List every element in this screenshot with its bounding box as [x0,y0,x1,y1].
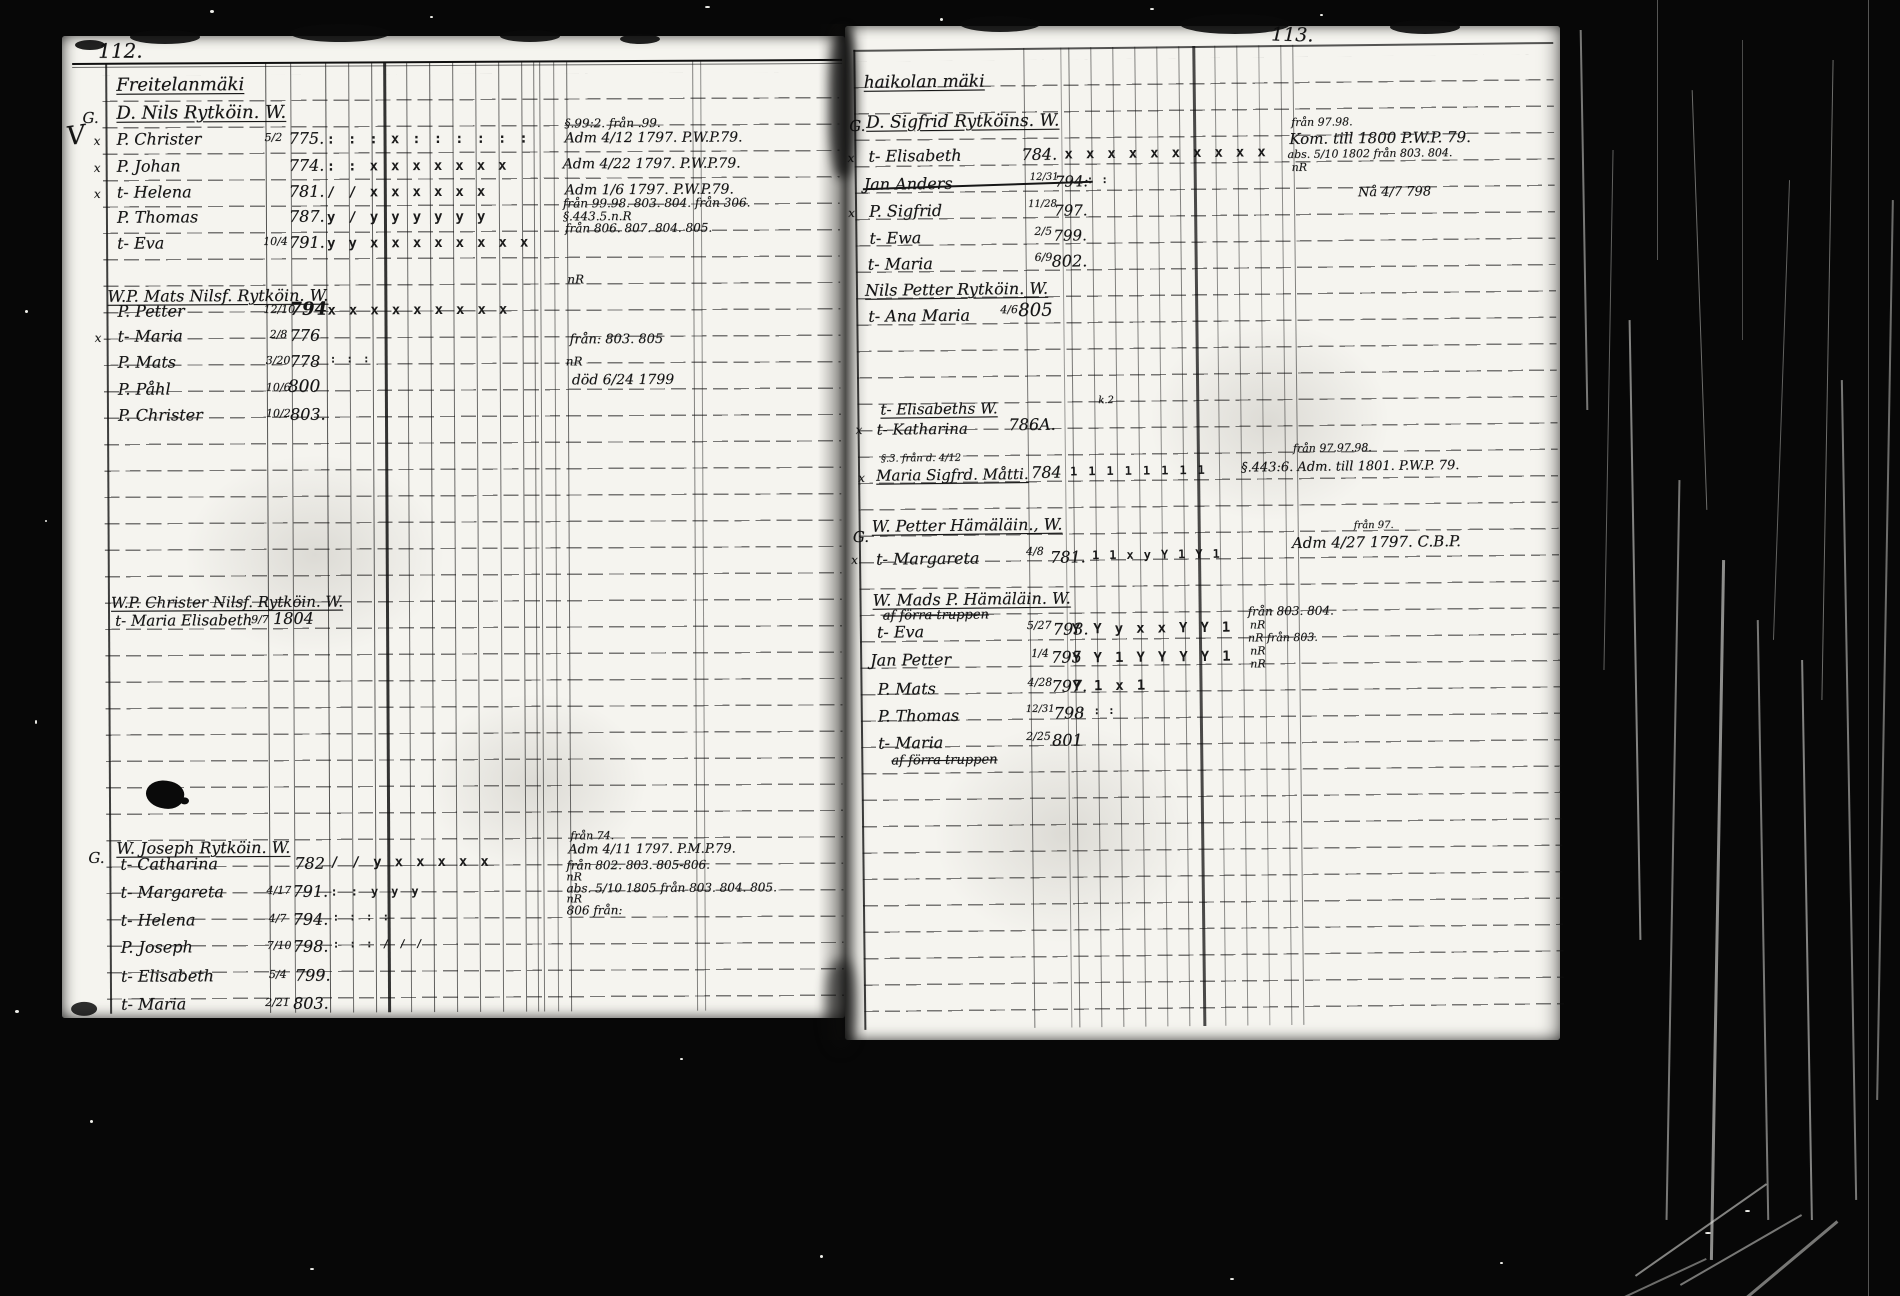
household-header: t- Elisabeths W. [880,400,997,418]
annotation: k.2 [1098,395,1114,406]
torn-edge-blob [130,30,200,44]
annotation: från 97.97.98. [1293,442,1372,455]
person-name: t- Elisabeth [121,967,214,985]
scratch-streak [1629,320,1642,940]
annotation: från 97. [1354,520,1394,531]
birth-year: 798. [293,938,329,956]
scratch-streak [1868,0,1869,1296]
attendance-ticks: 11xyY1Y1 [1092,547,1230,563]
birth-date: 3/20 [266,355,291,367]
person-name: t- Maria [878,734,943,752]
scratch-streak [1841,380,1857,1200]
birth-date: 4/7 [269,913,287,925]
birth-date: 10/2 [266,408,291,420]
edge-smudge [71,1002,97,1016]
fold-bottom-smudge [826,960,856,1050]
fold-top-smudge [830,28,856,178]
person-name: P. Sigfrid [869,202,942,220]
birth-year: 802. [1052,252,1088,270]
person-name: P. Joseph [121,938,193,956]
border-speck [1745,1210,1750,1212]
border-speck [430,16,433,18]
attendance-ticks: ::: [1079,704,1123,717]
attendance-ticks: yyxxxxxxxx [327,234,541,251]
person-name: t- Eva [117,234,164,252]
birth-date: 4/6 [1000,304,1018,316]
person-name: Jan Petter [870,651,951,670]
annotation: §.99:2. från .99. [564,117,660,131]
border-speck [940,18,943,21]
district-heading: haikolan mäki [864,72,985,92]
household-header: W. Petter Hämäläin., W. [872,516,1063,536]
district-heading: Freitelanmäki [116,75,244,95]
person-name: t- Ana Maria [868,307,970,326]
attendance-ticks: xxxxxxxxx [327,302,520,319]
scratch-streak [1745,1220,1839,1296]
person-name: t- Elisabeth [868,147,961,166]
border-speck [1320,14,1323,16]
birth-year: 786A. [1008,416,1055,434]
birth-year: 787. [289,208,325,226]
left-page-content: 112. Freitelanmäki G. V D. Nils Rytköin.… [62,32,850,1018]
birth-date: 2/5 [1034,226,1052,238]
table-top-border [853,42,1553,52]
margin-letter: G. [88,850,104,867]
border-speck [820,1255,823,1258]
birth-date: 2/21 [265,997,290,1009]
birth-date: 6/9 [1035,252,1053,264]
attendance-ticks: 11111111 [1070,463,1216,479]
scratch-streak [1801,660,1813,1220]
border-speck [15,1010,19,1013]
scratch-streak [1821,60,1833,700]
person-name: P. Thomas [117,208,198,226]
border-speck [1705,1232,1711,1234]
birth-year: 805 [1018,301,1053,321]
torn-edge-blob [75,40,105,50]
person-name: t- Maria Elisabeth [115,612,252,629]
border-speck [35,720,37,724]
birth-date: 1/4 [1031,648,1049,660]
annotation: 806 från: [567,904,623,917]
torn-edge-blob [1390,20,1460,34]
ink-blot-dot [180,797,189,804]
margin-mark: x [94,162,101,175]
birth-year: 784. [1021,146,1057,164]
annotation: abs. 5/10 1802 från 803. 804. [1287,147,1452,161]
scratch-streak [1603,150,1613,670]
person-name: P. Mats [877,680,935,698]
annotation: §.443:6. Adm. till 1801. P.W.P. 79. [1241,459,1460,476]
scratch-streak [1710,560,1725,1260]
annotation: abs. 5/10 1805 från 803. 804. 805. [566,881,776,895]
person-name: P. Christer [116,130,201,148]
border-speck [1150,8,1154,10]
margin-mark: x [94,188,101,201]
attendance-ticks: //xxxxxx [327,184,499,201]
annotation: död 6/24 1799 [572,373,674,389]
left-page: 112. Freitelanmäki G. V D. Nils Rytköin.… [62,36,845,1018]
scratch-streak [1666,480,1681,1220]
person-name: Jan Anders [864,175,953,194]
annotation: Nå 4/7 798 [1358,185,1431,200]
annotation: nR [1250,645,1266,657]
annotation: från 97.98. [1291,116,1353,129]
margin-letter: G. [82,110,98,127]
border-speck [1230,1278,1234,1280]
page-number: 112. [98,40,143,62]
annotation: Adm 4/22 1797. P.W.P.79. [563,156,741,172]
torn-edge-blob [620,34,660,44]
birth-year: 794. [293,911,329,929]
birth-year: 781. [289,183,325,201]
birth-date: 2/8 [270,329,288,341]
torn-edge-blob [960,16,1040,32]
household-header: D. Sigfrid Rytköins. W. [866,112,1059,133]
birth-year: 791. [292,883,328,901]
scratch-streak [1773,180,1790,640]
attendance-ticks: //yxxxxx [330,854,502,871]
person-name: t- Helena [121,911,196,929]
right-page: 113. haikolan mäki G. D. Sigfrid Rytköin… [845,26,1560,1040]
household-subheader: Nils Petter Rytköin. W. [865,280,1048,300]
margin-mark: x [94,135,101,148]
person-name: P. Christer [118,406,203,424]
birth-year: 803. [293,995,329,1013]
birth-year: 775. [288,130,324,148]
birth-year: 794 [289,300,327,320]
attendance-ticks: :::x:::::: [327,130,541,147]
person-name: P. Petter [117,302,184,320]
scratch-streak [1635,1183,1767,1276]
annotation: från 74. [570,830,614,842]
birth-date: 5/2 [265,132,283,144]
struck-note: af förra truppen [891,753,997,769]
birth-date: 2/25 [1026,731,1051,743]
birth-year: 782 [294,855,325,873]
person-name: t- Maria [121,995,186,1013]
person-name: P. Johan [117,157,181,175]
scratch-streak [1742,40,1743,340]
annotation: Adm 4/27 1797. C.B.P. [1292,533,1461,551]
person-name: t- Helena [117,183,192,201]
annotation: från 803. 804. [1248,604,1334,618]
person-name: t- Catharina [120,855,218,873]
annotation: från 806. 807. 804. 805. [565,222,712,236]
annotation: Adm 4/12 1797. P.W.P.79. [565,130,743,146]
person-name: Maria Sigfrd. Måtti. [876,466,1029,484]
birth-year: 778 [290,353,321,371]
annotation: nR [567,273,584,286]
birth-year: 774. [289,157,325,175]
annotation: nR [1250,619,1266,631]
scratch-streak [1680,1214,1802,1286]
attendance-ticks: :::/// [333,937,433,951]
attendance-ticks: Y1x1 [1072,677,1158,694]
annotation: från: 803. 805 [570,333,664,348]
birth-year: 776 [290,327,321,345]
birth-year: 781. [1050,548,1086,566]
person-name: t- Eva [877,623,924,641]
person-name: t- Ewa [869,229,921,247]
annotation: nR från 803. [1248,632,1318,645]
border-speck [25,310,28,313]
border-speck [680,1058,683,1060]
marginal-note: §.3. från d. 4/12 [881,453,961,465]
border-speck [1500,1262,1503,1264]
person-name: t- Maria [118,327,183,345]
household-header: D. Nils Rytköin. W. [116,103,286,124]
person-name: t- Margareta [876,550,980,569]
birth-date: 11/28 [1028,199,1057,210]
person-name: P. Thomas [878,707,959,726]
border-speck [210,10,214,13]
scratch-streak [1757,620,1769,1220]
attendance-ticks: xxxxxxxxxx [1064,144,1278,162]
scanned-parish-register-spread: { "left_page": { "page_number": "112.", … [0,0,1900,1296]
household-header: W. Mads P. Hämäläin. W. [872,589,1070,609]
border-speck [310,1268,314,1270]
torn-edge-blob [500,30,560,42]
margin-mark: x [95,332,102,345]
annotation: från 802. 803. 805-806. [566,859,710,873]
torn-edge-blob [1180,14,1290,34]
annotation: Adm 4/11 1797. P.M.P.79. [568,842,736,857]
birth-year: 784 [1031,464,1062,482]
person-name: P. Mats [118,353,176,371]
attendance-ticks: ::yyy [330,884,431,899]
scratch-streak [1580,30,1589,410]
birth-year: 799. [295,967,331,985]
margin-check-mark: V [65,121,88,152]
scratch-streak [1657,0,1658,260]
attendance-ticks: ::xxxxxxx [327,158,520,175]
birth-year: 791. [289,234,325,252]
person-name: t- Maria [868,255,933,273]
annotation: Kom. till 1800 P.W.P. 79. [1289,129,1471,148]
attendance-ticks: y/yyyyyy [327,209,499,226]
person-name: P. Påhl [118,380,171,398]
person-name: t- Margareta [120,883,223,901]
birth-year: 803. [290,406,326,424]
scratch-streak [1876,200,1894,1100]
person-name: t- Katharina [876,421,967,439]
scratch-streak [1692,90,1708,510]
annotation: nR [1250,658,1266,670]
border-speck [90,1120,93,1123]
torn-edge-blob [290,24,390,42]
border-speck [45,520,47,522]
birth-date: 9/7 [251,614,269,626]
right-page-content: 113. haikolan mäki G. D. Sigfrid Rytköin… [845,18,1571,1040]
border-speck [705,6,710,8]
birth-date: 5/4 [269,969,287,981]
